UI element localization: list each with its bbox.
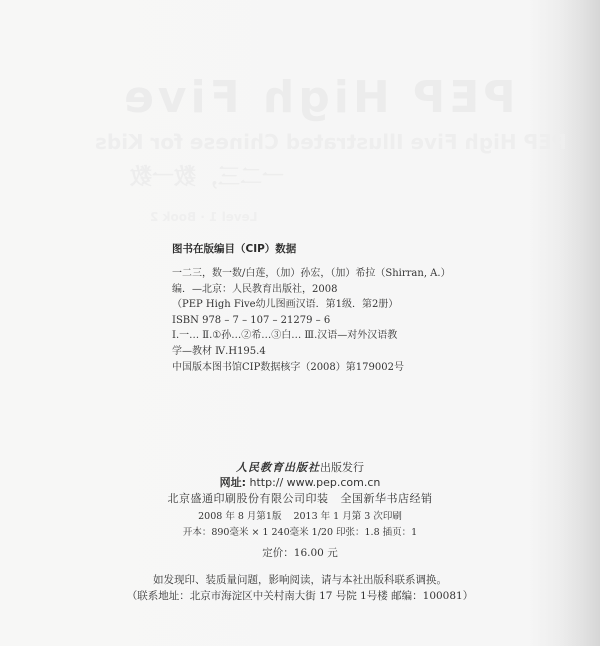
show-through-title: PEP High Five	[120, 72, 516, 123]
price-line: 定价：16.00 元	[0, 546, 600, 560]
printing: 2013 年 1 月第 3 次印刷	[293, 511, 401, 522]
website-url: http:// www.pep.com.cn	[249, 476, 380, 489]
cip-line-isbn: ISBN 978 – 7 – 107 – 21279 – 6	[172, 313, 502, 329]
distributor: 全国新华书店经销	[341, 492, 433, 505]
quality-notice: 如发现印、装质量问题，影响阅读，请与本社出版科联系调换。	[0, 573, 600, 587]
first-edition: 2008 年 8 月第1版	[198, 511, 281, 522]
show-through-small: Level 1 · Book 2	[150, 210, 257, 224]
cip-line-classification-cont: 学—教材 Ⅳ.H195.4	[172, 344, 502, 360]
publisher-logo: 人民教育出版社	[236, 461, 320, 474]
copyright-page: PEP High Five PEP High Five Illustrated …	[0, 0, 600, 646]
cip-block: 图书在版编目（CIP）数据 一二三，数一数/白莲，（加）孙宏，（加）希拉（Shi…	[172, 242, 502, 359]
printer: 北京盛通印刷股份有限公司印装	[168, 492, 329, 505]
website-label: 网址:	[220, 476, 246, 489]
cip-line-series: （PEP High Five幼儿图画汉语．第1级．第2册）	[172, 297, 502, 313]
publisher-line: 人民教育出版社出版发行	[0, 461, 600, 475]
edition-line: 2008 年 8 月第1版2013 年 1 月第 3 次印刷	[0, 510, 600, 523]
publisher-suffix: 出版发行	[320, 461, 364, 474]
show-through-subtitle-2: 一二三，数一数	[130, 160, 284, 191]
format-line: 开本：890毫米 × 1 240毫米 1/20 印张：1.8 插页：1	[0, 526, 600, 539]
cip-line-title: 一二三，数一数/白莲，（加）孙宏，（加）希拉（Shirran, A.）	[172, 266, 502, 282]
cip-heading: 图书在版编目（CIP）数据	[172, 242, 502, 256]
website-line: 网址: http:// www.pep.com.cn	[0, 476, 600, 490]
cip-line-publisher: 编．—北京：人民教育出版社，2008	[172, 282, 502, 298]
contact-address: （联系地址：北京市海淀区中关村南大街 17 号院 1号楼 邮编：100081）	[0, 589, 600, 603]
cip-check-number: 中国版本图书馆CIP数据核字（2008）第179002号	[172, 361, 404, 375]
show-through-subtitle: PEP High Five Illustrated Chinese for Ki…	[95, 130, 567, 154]
printer-line: 北京盛通印刷股份有限公司印装全国新华书店经销	[0, 492, 600, 506]
cip-line-classification: Ⅰ.一… Ⅱ.①孙…②希…③白… Ⅲ.汉语—对外汉语教	[172, 328, 502, 344]
